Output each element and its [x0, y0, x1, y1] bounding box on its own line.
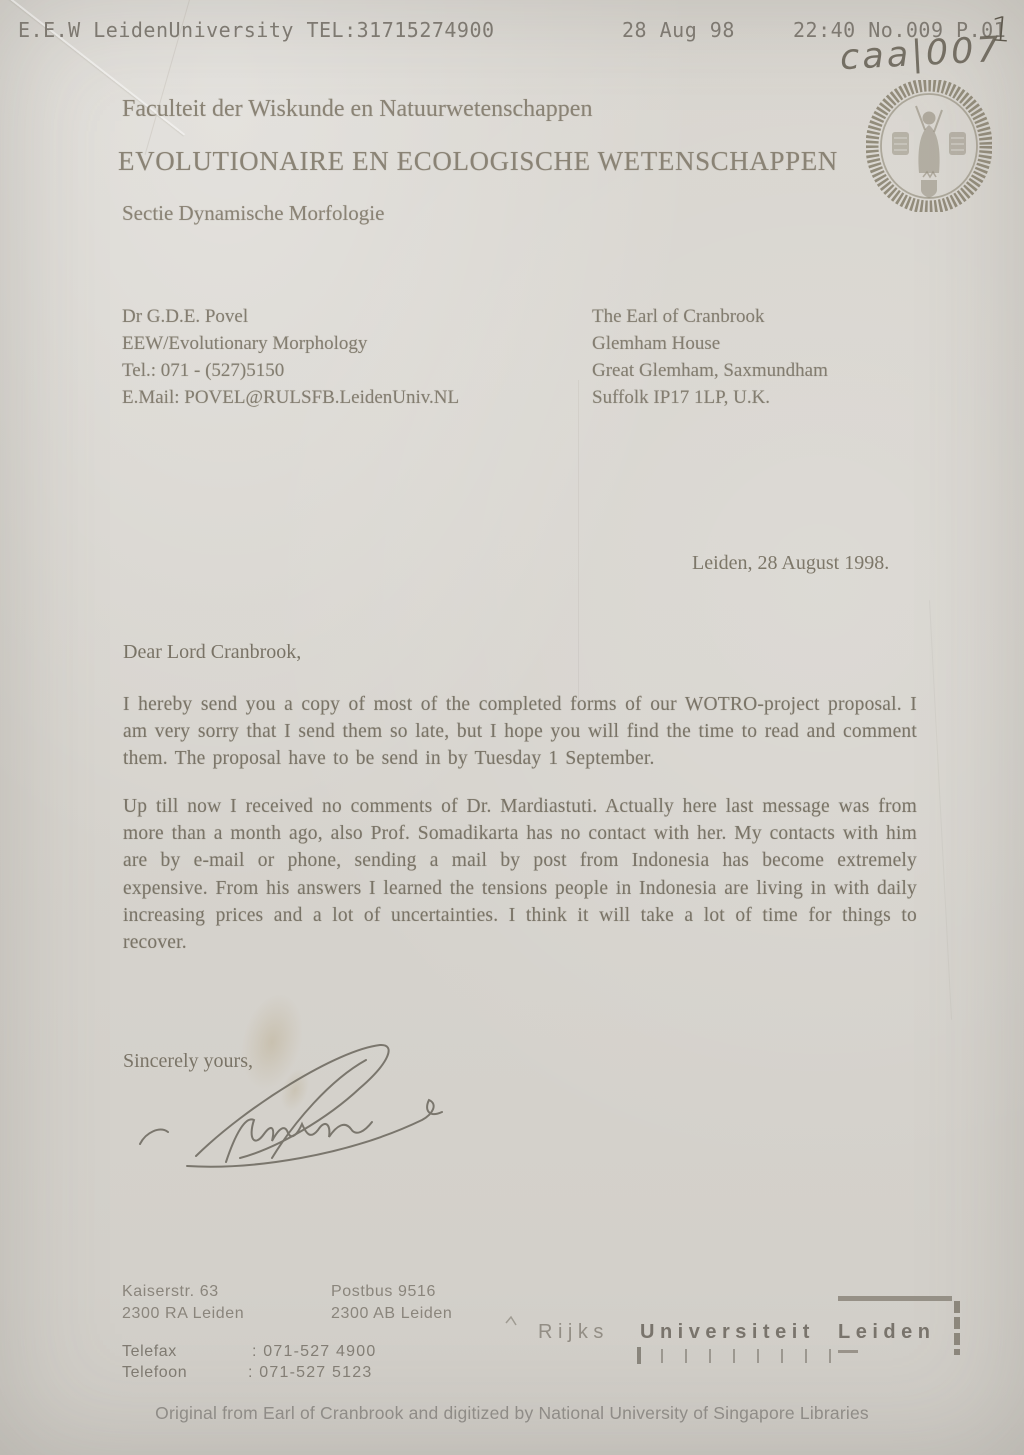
- logo-underline-dash: [838, 1350, 858, 1353]
- recipient-line: Glemham House: [592, 330, 828, 357]
- logo-word-leiden: Leiden: [838, 1321, 935, 1344]
- logo-top-bar: [838, 1296, 952, 1301]
- fax-letter-page: E.E.W LeidenUniversity TEL:31715274900 2…: [0, 0, 1024, 1455]
- logo-tick-marks: [661, 1349, 839, 1363]
- footer-postbus: Postbus 9516: [331, 1283, 436, 1301]
- sender-line: EEW/Evolutionary Morphology: [122, 330, 459, 357]
- letterhead-section: Sectie Dynamische Morfologie: [122, 201, 384, 226]
- sender-line: E.Mail: POVEL@RULSFB.LeidenUniv.NL: [122, 384, 459, 411]
- check-mark-icon: [505, 1314, 521, 1330]
- footer-city-2: 2300 AB Leiden: [331, 1305, 452, 1323]
- recipient-line: Suffolk IP17 1LP, U.K.: [592, 384, 828, 411]
- logo-word-universiteit: Universiteit: [640, 1321, 815, 1344]
- paper-crease: [929, 600, 952, 1019]
- letter-salutation: Dear Lord Cranbrook,: [123, 641, 301, 664]
- footer-telefax-number: : 071-527 4900: [252, 1343, 376, 1361]
- handwritten-reference: caa|007: [839, 30, 1003, 78]
- logo-tick-marks: [637, 1347, 641, 1364]
- letter-dateline: Leiden, 28 August 1998.: [692, 552, 889, 575]
- letter-paragraph-1: I hereby send you a copy of most of the …: [123, 691, 917, 773]
- digitization-caption: Original from Earl of Cranbrook and digi…: [0, 1403, 1024, 1424]
- recipient-line: Great Glemham, Saxmundham: [592, 357, 828, 384]
- signature-mark: [132, 1036, 467, 1171]
- sender-address-block: Dr G.D.E. Povel EEW/Evolutionary Morphol…: [122, 303, 459, 411]
- logo-right-bar: [954, 1301, 960, 1355]
- footer-city-1: 2300 RA Leiden: [122, 1305, 244, 1323]
- fax-date: 28 Aug 98: [622, 18, 735, 42]
- sender-line: Dr G.D.E. Povel: [122, 303, 459, 330]
- footer-telefax-label: Telefax: [122, 1343, 177, 1361]
- sender-line: Tel.: 071 - (527)5150: [122, 357, 459, 384]
- letterhead-department: EVOLUTIONAIRE EN ECOLOGISCHE WETENSCHAPP…: [118, 146, 838, 177]
- recipient-address-block: The Earl of Cranbrook Glemham House Grea…: [592, 303, 828, 411]
- logo-word-rijks: Rijks: [538, 1321, 609, 1344]
- university-seal-icon: [866, 80, 992, 212]
- footer-telefoon-number: : 071-527 5123: [248, 1364, 372, 1382]
- recipient-line: The Earl of Cranbrook: [592, 303, 828, 330]
- letterhead-faculty: Faculteit der Wiskunde en Natuurwetensch…: [122, 96, 592, 123]
- fax-sender-id: E.E.W LeidenUniversity TEL:31715274900: [18, 18, 495, 42]
- letter-paragraph-2: Up till now I received no comments of Dr…: [123, 793, 917, 956]
- footer-street: Kaiserstr. 63: [122, 1283, 219, 1301]
- footer-telefoon-label: Telefoon: [122, 1364, 187, 1382]
- paper-crease: [578, 380, 579, 710]
